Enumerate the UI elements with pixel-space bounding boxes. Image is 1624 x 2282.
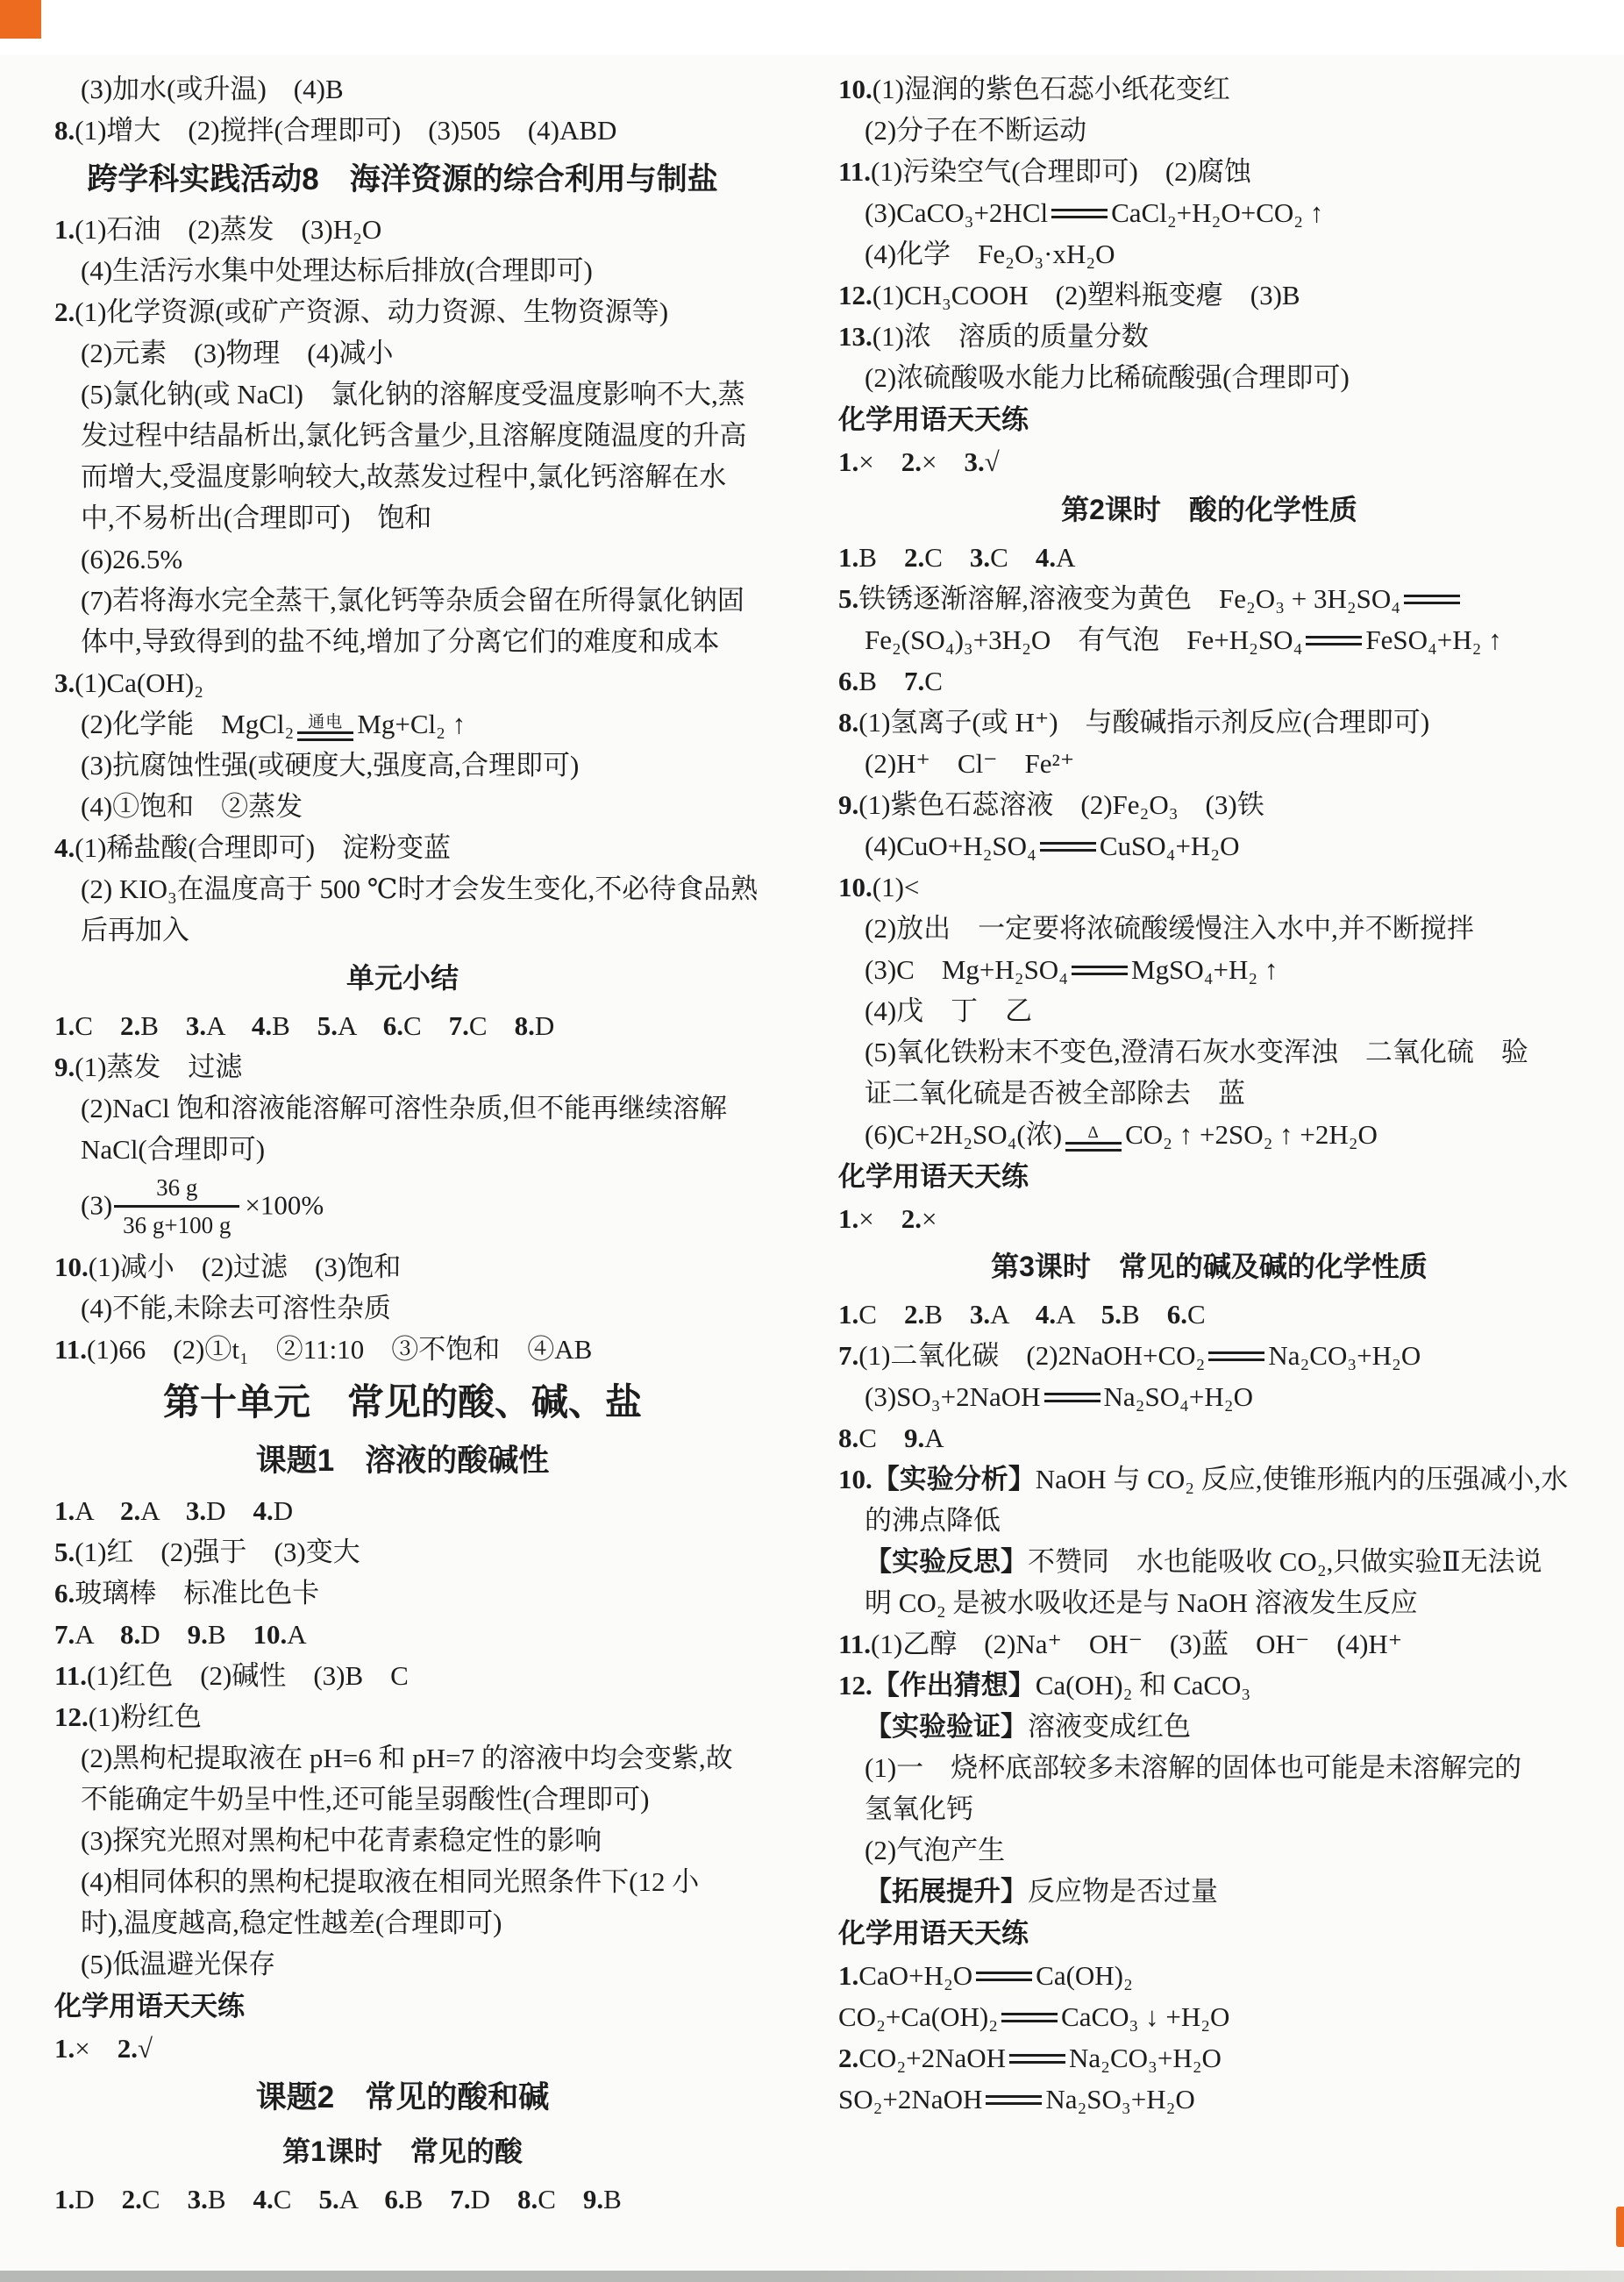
text-line: (3)CaCO₃+2HClCaCl₂+H₂O+CO₂ ↑ xyxy=(838,192,1580,233)
text-line: (3)SO₃+2NaOHNa₂SO₄+H₂O xyxy=(838,1376,1580,1417)
text-line: 7.A 8.D 9.B 10.A xyxy=(54,1614,751,1655)
text-line: 2.CO₂+2NaOHNa₂CO₃+H₂O xyxy=(838,2037,1580,2079)
section-heading: 跨学科实践活动8 海洋资源的综合利用与制盐 xyxy=(54,153,751,206)
text-line: (2)化学能 MgCl₂通电Mg+Cl₂ ↑ xyxy=(54,703,751,745)
text-line: (6)26.5% xyxy=(54,538,751,580)
answer-column-left: (3)加水(或升温) (4)B8.(1)增大 (2)搅拌(合理即可) (3)50… xyxy=(54,68,751,2220)
text-line: 3.(1)Ca(OH)₂ xyxy=(54,662,751,703)
fraction: 36 g36 g+100 g xyxy=(114,1172,239,1241)
text-line: 9.(1)紫色石蕊溶液 (2)Fe₂O₃ (3)铁 xyxy=(838,784,1580,825)
text-line: 化学用语天天练 xyxy=(838,398,1580,441)
text-line: 6.玻璃棒 标准比色卡 xyxy=(54,1572,751,1614)
text-line: 体中,导致得到的盐不纯,增加了分离它们的难度和成本 xyxy=(54,621,751,662)
text-line: (3)抗腐蚀性强(或硬度大,强度高,合理即可) xyxy=(54,745,751,786)
text-line: 11.(1)乙醇 (2)Na⁺ OH⁻ (3)蓝 OH⁻ (4)H⁺ xyxy=(838,1623,1580,1665)
scan-artifact-edge-sliver xyxy=(1616,2207,1624,2247)
section-heading: 第3课时 常见的碱及碱的化学性质 xyxy=(838,1242,1580,1291)
text-line: 5.(1)红 (2)强于 (3)变大 xyxy=(54,1531,751,1572)
answer-key-page: (3)加水(或升温) (4)B8.(1)增大 (2)搅拌(合理即可) (3)50… xyxy=(0,0,1624,2282)
text-line: 5.铁锈逐渐溶解,溶液变为黄色 Fe₂O₃ + 3H₂SO₄ xyxy=(838,578,1580,619)
text-line: 11.(1)66 (2)①t₁ ②11:10 ③不饱和 ④AB xyxy=(54,1329,751,1370)
text-line: 【拓展提升】反应物是否过量 xyxy=(838,1871,1580,1912)
text-line: 中,不易析出(合理即可) 饱和 xyxy=(54,497,751,538)
text-line: 1.(1)石油 (2)蒸发 (3)H₂O xyxy=(54,209,751,250)
text-line: 化学用语天天练 xyxy=(54,1985,751,2028)
text-line: 【实验反思】不赞同 水也能吸收 CO₂,只做实验Ⅱ无法说 xyxy=(838,1541,1580,1582)
text-line: (3)36 g36 g+100 g×100% xyxy=(54,1170,751,1246)
text-line: 1.× 2.× 3.√ xyxy=(838,441,1580,482)
section-heading: 第十单元 常见的酸、碱、盐 xyxy=(54,1373,751,1431)
text-line: 12.(1)粉红色 xyxy=(54,1696,751,1737)
text-line: 1.× 2.√ xyxy=(54,2028,751,2069)
text-line: 1.B 2.C 3.C 4.A xyxy=(838,537,1580,578)
text-line: (4)化学 Fe₂O₃·xH₂O xyxy=(838,233,1580,275)
text-line: 8.C 9.A xyxy=(838,1417,1580,1458)
text-line: (2) KIO₃在温度高于 500 ℃时才会发生变化,不必待食品熟 xyxy=(54,868,751,909)
text-line: 发过程中结晶析出,氯化钙含量少,且溶解度随温度的升高 xyxy=(54,415,751,456)
text-line: (2)放出 一定要将浓硫酸缓慢注入水中,并不断搅拌 xyxy=(838,908,1580,949)
text-line: Fe₂(SO₄)₃+3H₂O 有气泡 Fe+H₂SO₄FeSO₄+H₂ ↑ xyxy=(838,619,1580,660)
equals-sign-long xyxy=(1009,2054,1065,2064)
text-line: 1.D 2.C 3.B 4.C 5.A 6.B 7.D 8.C 9.B xyxy=(54,2179,751,2220)
text-line: 1.C 2.B 3.A 4.A 5.B 6.C xyxy=(838,1294,1580,1335)
text-line: 而增大,受温度影响较大,故蒸发过程中,氯化钙溶解在水 xyxy=(54,456,751,497)
text-line: (4)不能,未除去可溶性杂质 xyxy=(54,1287,751,1329)
section-heading: 课题2 常见的酸和碱 xyxy=(54,2072,751,2124)
text-line: (6)C+2H₂SO₄(浓)ΔCO₂ ↑ +2SO₂ ↑ +2H₂O xyxy=(838,1114,1580,1155)
text-line: (2)元素 (3)物理 (4)减小 xyxy=(54,332,751,374)
text-line: (5)氯化钠(或 NaCl) 氯化钠的溶解度受温度影响不大,蒸 xyxy=(54,374,751,415)
section-heading: 课题1 溶液的酸碱性 xyxy=(54,1435,751,1487)
text-line: 化学用语天天练 xyxy=(838,1912,1580,1955)
text-line: 6.B 7.C xyxy=(838,660,1580,702)
text-line: (2)分子在不断运动 xyxy=(838,110,1580,151)
equals-sign-long xyxy=(1001,2013,1058,2022)
equals-sign-long xyxy=(1072,966,1128,975)
text-line: 不能确定牛奶呈中性,还可能呈弱酸性(合理即可) xyxy=(54,1779,751,1820)
text-line: NaCl(合理即可) xyxy=(54,1129,751,1170)
text-line: 氢氧化钙 xyxy=(838,1788,1580,1829)
text-line: 11.(1)污染空气(合理即可) (2)腐蚀 xyxy=(838,151,1580,192)
text-line: 10.(1)减小 (2)过滤 (3)饱和 xyxy=(54,1246,751,1287)
text-line: 12.(1)CH₃COOH (2)塑料瓶变瘪 (3)B xyxy=(838,275,1580,316)
text-line: (4)戊 丁 乙 xyxy=(838,990,1580,1031)
text-line: 2.(1)化学资源(或矿产资源、动力资源、生物资源等) xyxy=(54,291,751,332)
section-heading: 第1课时 常见的酸 xyxy=(54,2127,751,2176)
page-top-margin xyxy=(0,0,1624,54)
text-line: 时),温度越高,稳定性越差(合理即可) xyxy=(54,1902,751,1943)
text-line: (7)若将海水完全蒸干,氯化钙等杂质会留在所得氯化钠固 xyxy=(54,580,751,621)
text-line: SO₂+2NaOHNa₂SO₃+H₂O xyxy=(838,2079,1580,2120)
text-line: (3)探究光照对黑枸杞中花青素稳定性的影响 xyxy=(54,1820,751,1861)
text-line: (2)黑枸杞提取液在 pH=6 和 pH=7 的溶液中均会变紫,故 xyxy=(54,1737,751,1779)
text-line: 证二氧化硫是否被全部除去 蓝 xyxy=(838,1073,1580,1114)
text-line: 化学用语天天练 xyxy=(838,1155,1580,1198)
text-line: 7.(1)二氧化碳 (2)2NaOH+CO₂Na₂CO₃+H₂O xyxy=(838,1335,1580,1376)
equals-sign-with-condition: Δ xyxy=(1065,1123,1122,1152)
text-line: 【实验验证】溶液变成红色 xyxy=(838,1706,1580,1747)
equals-sign-long xyxy=(1044,1393,1100,1402)
text-line: (5)低温避光保存 xyxy=(54,1943,751,1985)
text-line: 10.【实验分析】NaOH 与 CO₂ 反应,使锥形瓶内的压强减小,水 xyxy=(838,1458,1580,1500)
text-line: 1.A 2.A 3.D 4.D xyxy=(54,1490,751,1531)
text-line: 8.(1)增大 (2)搅拌(合理即可) (3)505 (4)ABD xyxy=(54,110,751,151)
text-line: (2)气泡产生 xyxy=(838,1829,1580,1871)
text-line: 10.(1)< xyxy=(838,866,1580,908)
text-line: 1.× 2.× xyxy=(838,1198,1580,1239)
text-line: 的沸点降低 xyxy=(838,1500,1580,1541)
equals-sign-long xyxy=(1306,636,1362,645)
equals-sign-long xyxy=(1404,595,1460,604)
section-heading: 第2课时 酸的化学性质 xyxy=(838,485,1580,534)
text-line: (1)一 烧杯底部较多未溶解的固体也可能是未溶解完的 xyxy=(838,1747,1580,1788)
scan-artifact-corner-square xyxy=(0,0,41,39)
section-heading: 单元小结 xyxy=(54,953,751,1002)
text-line: 11.(1)红色 (2)碱性 (3)B C xyxy=(54,1655,751,1696)
text-line: (4)相同体积的黑枸杞提取液在相同光照条件下(12 小 xyxy=(54,1861,751,1902)
equals-sign-long xyxy=(1040,842,1096,852)
text-line: (2)NaCl 饱和溶液能溶解可溶性杂质,但不能再继续溶解 xyxy=(54,1088,751,1129)
text-line: 明 CO₂ 是被水吸收还是与 NaOH 溶液发生反应 xyxy=(838,1582,1580,1623)
answer-column-right: 10.(1)湿润的紫色石蕊小纸花变红(2)分子在不断运动11.(1)污染空气(合… xyxy=(838,68,1580,2120)
scan-artifact-bottom-edge xyxy=(0,2271,1624,2282)
text-line: (5)氧化铁粉末不变色,澄清石灰水变浑浊 二氧化硫 验 xyxy=(838,1031,1580,1073)
text-line: 1.CaO+H₂OCa(OH)₂ xyxy=(838,1955,1580,1996)
equals-sign-with-condition: 通电 xyxy=(297,713,353,741)
equals-sign-long xyxy=(976,1972,1032,1981)
text-line: 12.【作出猜想】Ca(OH)₂ 和 CaCO₃ xyxy=(838,1665,1580,1706)
text-line: (3)C Mg+H₂SO₄MgSO₄+H₂ ↑ xyxy=(838,949,1580,990)
equals-sign-long xyxy=(1051,209,1108,218)
text-line: (4)生活污水集中处理达标后排放(合理即可) xyxy=(54,250,751,291)
text-line: (2)H⁺ Cl⁻ Fe²⁺ xyxy=(838,743,1580,784)
text-line: 8.(1)氢离子(或 H⁺) 与酸碱指示剂反应(合理即可) xyxy=(838,702,1580,743)
text-line: 13.(1)浓 溶质的质量分数 xyxy=(838,316,1580,357)
text-line: 4.(1)稀盐酸(合理即可) 淀粉变蓝 xyxy=(54,827,751,868)
text-line: (2)浓硫酸吸水能力比稀硫酸强(合理即可) xyxy=(838,357,1580,398)
text-line: (4)①饱和 ②蒸发 xyxy=(54,786,751,827)
text-line: 1.C 2.B 3.A 4.B 5.A 6.C 7.C 8.D xyxy=(54,1005,751,1046)
text-line: 10.(1)湿润的紫色石蕊小纸花变红 xyxy=(838,68,1580,110)
text-line: (3)加水(或升温) (4)B xyxy=(54,68,751,110)
text-line: 9.(1)蒸发 过滤 xyxy=(54,1046,751,1088)
equals-sign-long xyxy=(1208,1351,1264,1361)
text-line: 后再加入 xyxy=(54,909,751,951)
equals-sign-long xyxy=(986,2095,1042,2105)
text-line: (4)CuO+H₂SO₄CuSO₄+H₂O xyxy=(838,825,1580,866)
text-line: CO₂+Ca(OH)₂CaCO₃ ↓ +H₂O xyxy=(838,1996,1580,2037)
